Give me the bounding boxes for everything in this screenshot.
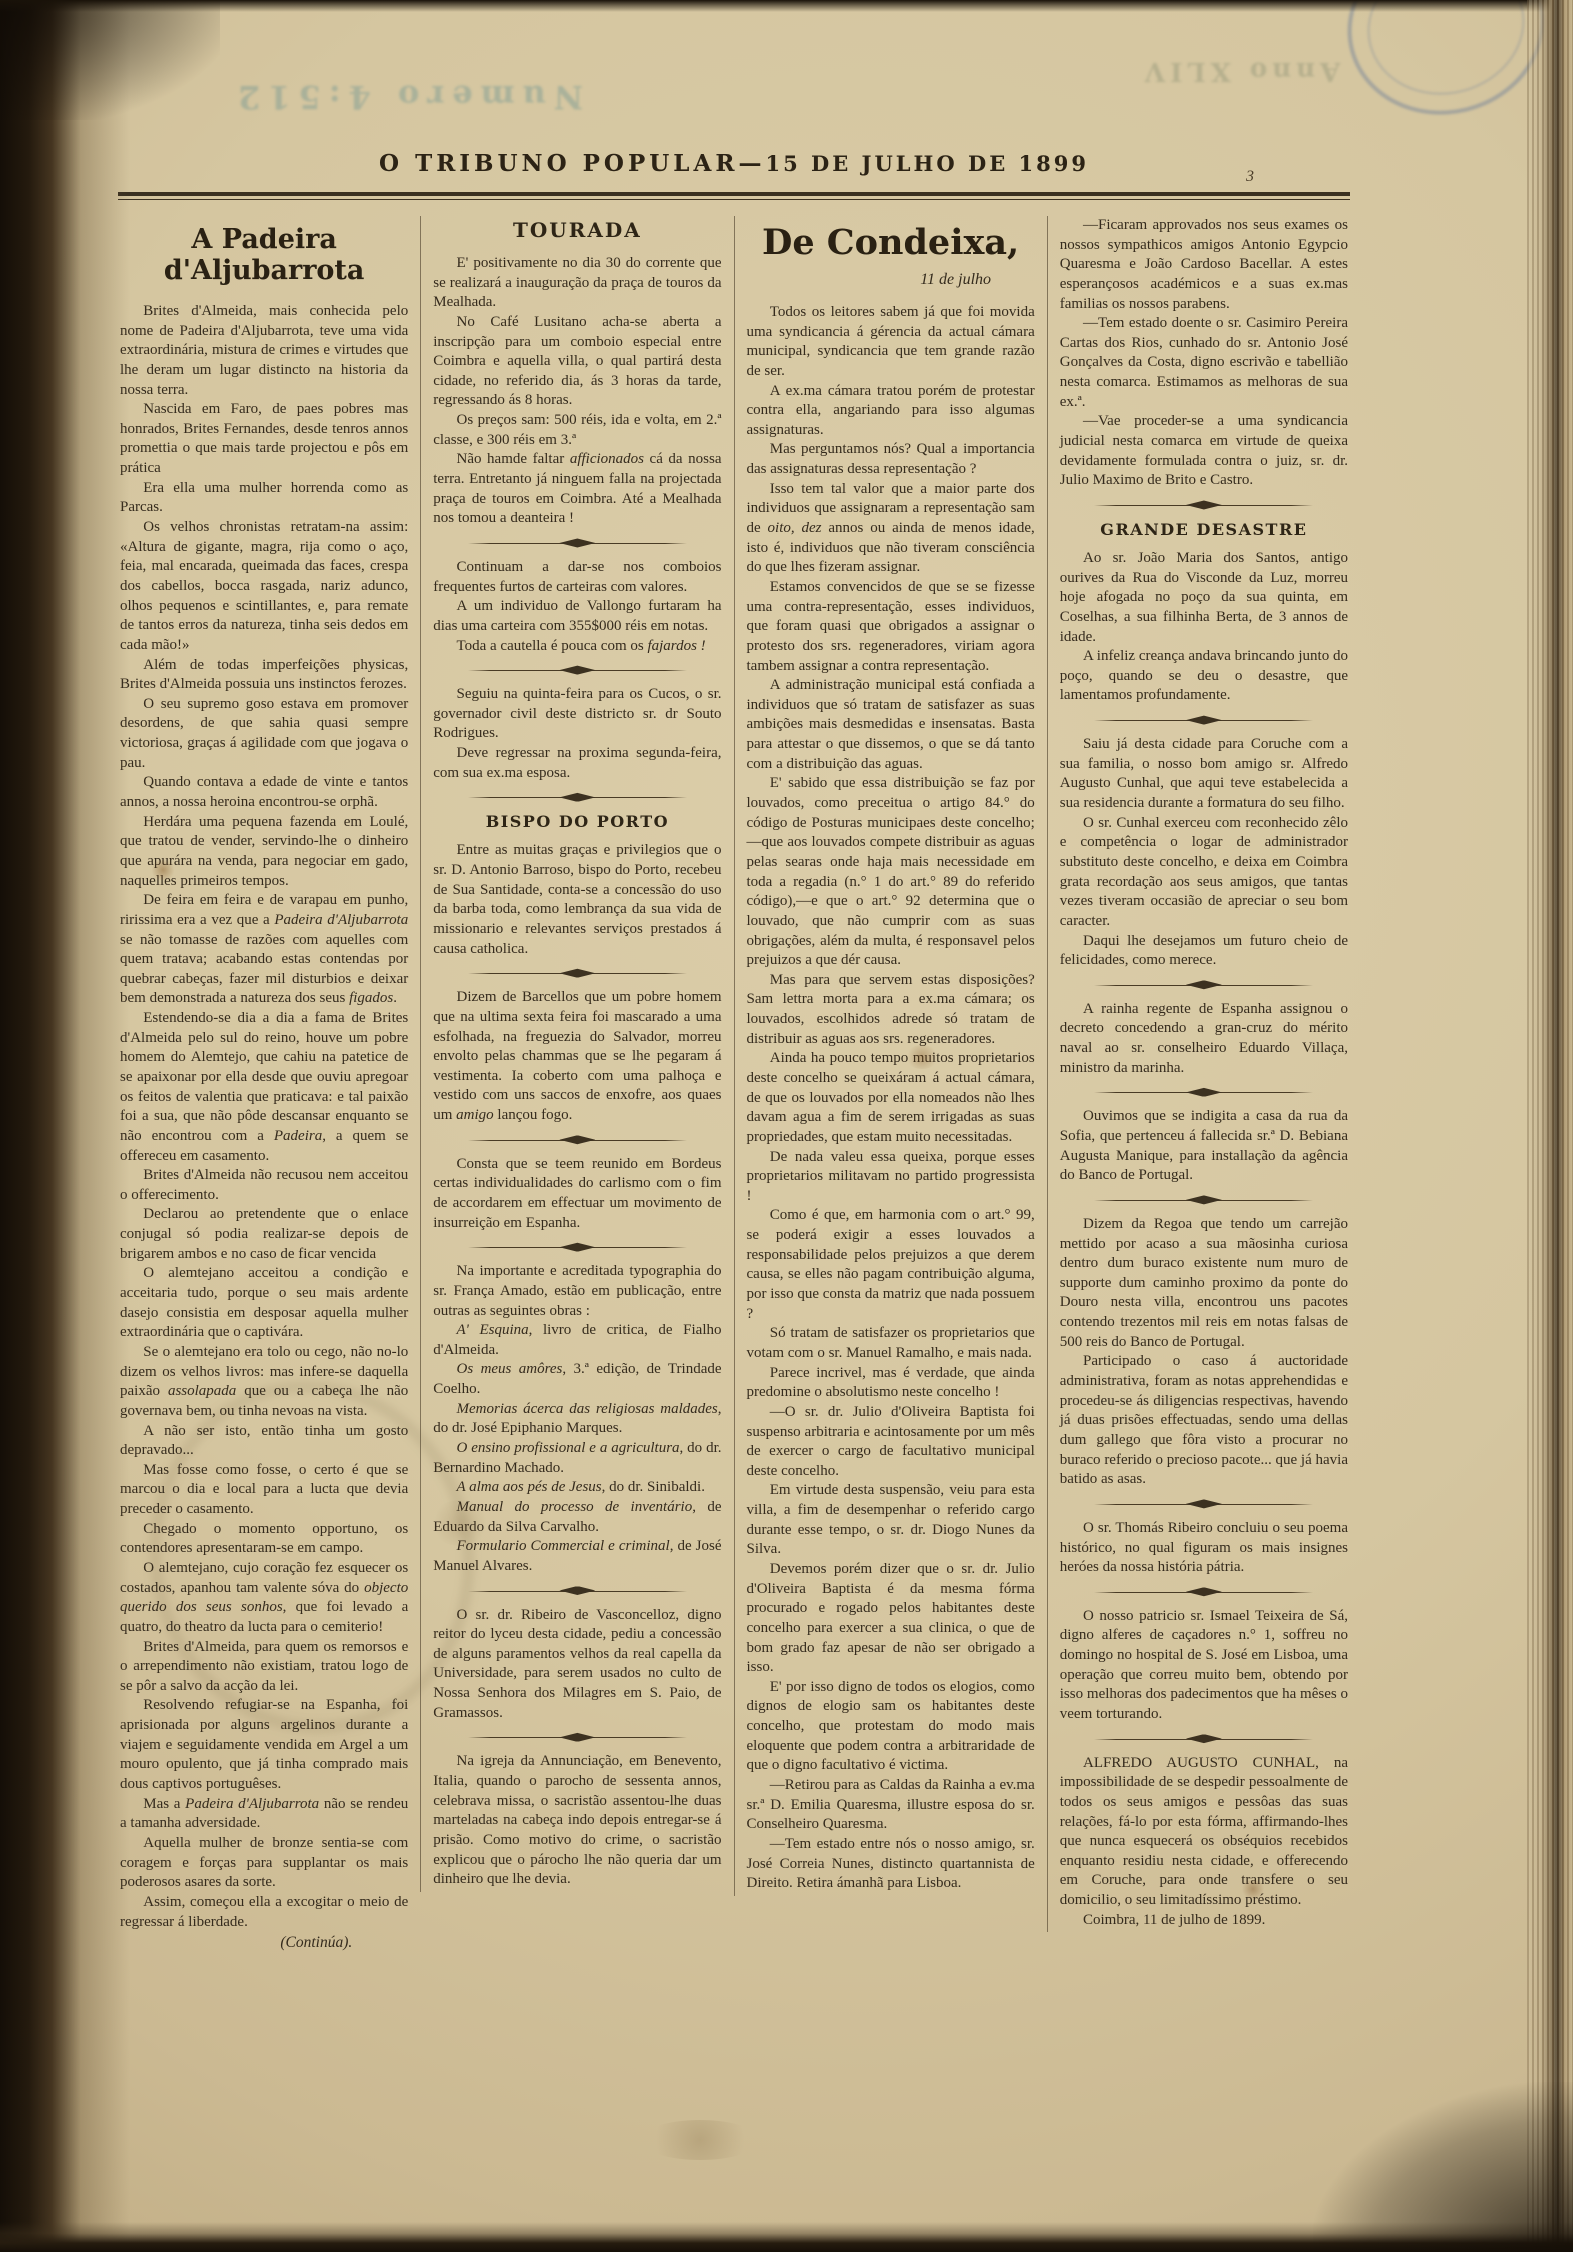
- column-4: —Ficaram approvados nos seus exames os n…: [1047, 216, 1350, 1932]
- paragraph: Estamos convencidos de que se se fizesse…: [747, 578, 1035, 676]
- paragraph: Parece incrivel, mas é verdade, que aind…: [747, 1364, 1035, 1403]
- paragraph: —Ficaram approvados nos seus exames os n…: [1060, 216, 1348, 314]
- column-2: TOURADAE' positivamente no dia 30 do cor…: [420, 216, 733, 1892]
- paragraph: A' Esquina, livro de critica, de Fialho …: [433, 1321, 721, 1360]
- article-title: De Condeixa,: [747, 222, 1035, 263]
- article: A Padeira d'AljubarrotaBrites d'Almeida,…: [120, 224, 408, 1952]
- article: Seguiu na quinta-feira para os Cucos, o …: [433, 685, 721, 783]
- paragraph: O ensino profissional e a agricultura, d…: [433, 1439, 721, 1478]
- article: Na igreja da Annunciação, em Benevento, …: [433, 1752, 721, 1889]
- bleedthrough-text-right: Anno XLIV: [1140, 56, 1340, 86]
- article: A rainha regente de Espanha assignou o d…: [1060, 1000, 1348, 1079]
- paragraph: Ainda ha pouco tempo muitos proprietario…: [747, 1049, 1035, 1147]
- paragraph: A um individuo de Vallongo furtaram ha d…: [433, 597, 721, 636]
- article: O sr. dr. Ribeiro de Vasconcelloz, digno…: [433, 1606, 721, 1724]
- paragraph: Os velhos chronistas retratam-na assim: …: [120, 518, 408, 655]
- article: ALFREDO AUGUSTO CUNHAL, na impossibilida…: [1060, 1754, 1348, 1931]
- paragraph: Toda a cautella é pouca com os fajardos …: [433, 637, 721, 657]
- paragraph: Coimbra, 11 de julho de 1899.: [1060, 1911, 1348, 1931]
- masthead-separator: —: [738, 150, 765, 177]
- separator-fleuron: [1094, 720, 1313, 721]
- paragraph: O sr. Thomás Ribeiro concluiu o seu poem…: [1060, 1519, 1348, 1578]
- paragraph: Os preços sam: 500 réis, ida e volta, em…: [433, 411, 721, 450]
- paragraph: De feira em feira e de varapau em punho,…: [120, 891, 408, 1009]
- separator-fleuron: [1094, 1739, 1313, 1740]
- paragraph: O seu supremo goso estava em promover de…: [120, 695, 408, 774]
- paragraph: Brites d'Almeida não recusou nem acceito…: [120, 1166, 408, 1205]
- paragraph: Em virtude desta suspensão, veiu para es…: [747, 1481, 1035, 1560]
- paragraph: Herdára uma pequena fazenda em Loulé, qu…: [120, 813, 408, 892]
- paragraph: Seguiu na quinta-feira para os Cucos, o …: [433, 685, 721, 744]
- paragraph: A infeliz creança andava brincando junto…: [1060, 647, 1348, 706]
- article: Dizem de Barcellos que um pobre homem qu…: [433, 988, 721, 1125]
- paragraph: E' positivamente no dia 30 do corrente q…: [433, 254, 721, 313]
- paragraph: —Tem estado entre nós o nosso amigo, sr.…: [747, 1835, 1035, 1894]
- columns-container: A Padeira d'AljubarrotaBrites d'Almeida,…: [118, 216, 1350, 1954]
- paragraph: Resolvendo refugiar-se na Espanha, foi a…: [120, 1696, 408, 1794]
- separator-fleuron: [468, 543, 687, 544]
- paragraph: No Café Lusitano acha-se aberta a inscri…: [433, 313, 721, 411]
- article: Continuam a dar-se nos comboios frequent…: [433, 558, 721, 656]
- article: O nosso patricio sr. Ismael Teixeira de …: [1060, 1607, 1348, 1725]
- paragraph: Declarou ao pretendente que o enlace con…: [120, 1205, 408, 1264]
- paragraph: Ao sr. João Maria dos Santos, antigo our…: [1060, 549, 1348, 647]
- article-title: GRANDE DESASTRE: [1060, 520, 1348, 539]
- paragraph: Participado o caso á auctoridade adminis…: [1060, 1352, 1348, 1489]
- separator-fleuron: [1094, 985, 1313, 986]
- paragraph: O alemtejano acceitou a condição e accei…: [120, 1264, 408, 1343]
- page-edge-top: [0, 0, 1573, 12]
- paragraph: —Retirou para as Caldas da Rainha a ev.m…: [747, 1776, 1035, 1835]
- article: De Condeixa,11 de julhoTodos os leitores…: [747, 222, 1035, 1894]
- newspaper-page: Numero 4:512 Anno XLIV O TRIBUNO POPULAR…: [0, 0, 1573, 2252]
- column-3: De Condeixa,11 de julhoTodos os leitores…: [734, 216, 1047, 1896]
- paragraph: —Vae proceder-se a uma syndicancia judic…: [1060, 412, 1348, 491]
- paragraph: Nascida em Faro, de paes pobres mas honr…: [120, 400, 408, 479]
- separator-fleuron: [1094, 1592, 1313, 1593]
- paragraph: Mas a Padeira d'Aljubarrota não se rende…: [120, 1795, 408, 1834]
- article: Ouvimos que se indigita a casa da rua da…: [1060, 1107, 1348, 1186]
- paragraph: Estendendo-se dia a dia a fama de Brites…: [120, 1009, 408, 1166]
- paragraph: Mas para que servem estas disposições? S…: [747, 971, 1035, 1050]
- separator-fleuron: [468, 1591, 687, 1592]
- article: Consta que se teem reunido em Bordeus ce…: [433, 1155, 721, 1234]
- separator-fleuron: [468, 797, 687, 798]
- masthead: O TRIBUNO POPULAR—15 DE JULHO DE 1899: [118, 150, 1350, 177]
- article-title: A Padeira d'Aljubarrota: [120, 224, 408, 286]
- masthead-date: 15 DE JULHO DE 1899: [765, 151, 1089, 176]
- paragraph: Na importante e acreditada typographia d…: [433, 1262, 721, 1321]
- paragraph: E' por isso digno de todos os elogios, c…: [747, 1678, 1035, 1776]
- bleedthrough-text-left: Numero 4:512: [230, 78, 583, 116]
- column-1: A Padeira d'AljubarrotaBrites d'Almeida,…: [118, 216, 420, 1954]
- paragraph: Ouvimos que se indigita a casa da rua da…: [1060, 1107, 1348, 1186]
- paragraph: Dizem da Regoa que tendo um carrejão met…: [1060, 1215, 1348, 1352]
- paragraph: Deve regressar na proxima segunda-feira,…: [433, 744, 721, 783]
- paragraph: Aquella mulher de bronze sentia-se com c…: [120, 1834, 408, 1893]
- article-title: TOURADA: [433, 218, 721, 242]
- paragraph: Brites d'Almeida, mais conhecida pelo no…: [120, 302, 408, 400]
- paragraph: Assim, começou ella a excogitar o meio d…: [120, 1893, 408, 1932]
- article-title: BISPO DO PORTO: [433, 812, 721, 831]
- article: Na importante e acreditada typographia d…: [433, 1262, 721, 1576]
- corner-shadow-top-left: [0, 0, 220, 120]
- paragraph: A ex.ma cámara tratou porém de protestar…: [747, 382, 1035, 441]
- article: —Ficaram approvados nos seus exames os n…: [1060, 216, 1348, 491]
- paragraph: —Tem estado doente o sr. Casimiro Pereir…: [1060, 314, 1348, 412]
- page-number: 3: [1246, 168, 1254, 186]
- separator-fleuron: [468, 1140, 687, 1141]
- paragraph: Só tratam de satisfazer os proprietarios…: [747, 1324, 1035, 1363]
- paragraph: Mas perguntamos nós? Qual a importancia …: [747, 440, 1035, 479]
- paper-stain: [640, 2120, 760, 2160]
- article: GRANDE DESASTREAo sr. João Maria dos San…: [1060, 520, 1348, 706]
- paragraph: A alma aos pés de Jesus, do dr. Sinibald…: [433, 1478, 721, 1498]
- separator-fleuron: [468, 1737, 687, 1738]
- paragraph: Todos os leitores sabem já que foi movid…: [747, 303, 1035, 382]
- separator-fleuron: [1094, 1092, 1313, 1093]
- paragraph: O nosso patricio sr. Ismael Teixeira de …: [1060, 1607, 1348, 1725]
- header-rule: [118, 192, 1350, 200]
- paragraph: Os meus amôres, 3.ª edição, de Trindade …: [433, 1360, 721, 1399]
- paragraph: Devemos porém dizer que o sr. dr. Julio …: [747, 1560, 1035, 1678]
- corner-shadow-bottom-right: [1313, 2082, 1573, 2252]
- page-content: O TRIBUNO POPULAR—15 DE JULHO DE 1899 3 …: [118, 150, 1350, 1954]
- paragraph: Quando contava a edade de vinte e tantos…: [120, 773, 408, 812]
- paragraph: E' sabido que essa distribuição se faz p…: [747, 774, 1035, 970]
- page-edge-right: [1527, 0, 1573, 2252]
- paragraph: Isso tem tal valor que a maior parte dos…: [747, 480, 1035, 578]
- separator-fleuron: [468, 1247, 687, 1248]
- masthead-title: O TRIBUNO POPULAR: [379, 150, 738, 177]
- paragraph: Continuam a dar-se nos comboios frequent…: [433, 558, 721, 597]
- paragraph: Se o alemtejano era tolo ou cego, não no…: [120, 1343, 408, 1422]
- paragraph: —O sr. dr. Julio d'Oliveira Baptista foi…: [747, 1403, 1035, 1482]
- paragraph: A rainha regente de Espanha assignou o d…: [1060, 1000, 1348, 1079]
- paragraph: Não hamde faltar afficionados cá da noss…: [433, 450, 721, 529]
- article: TOURADAE' positivamente no dia 30 do cor…: [433, 218, 721, 529]
- paragraph: De nada valeu essa queixa, porque esses …: [747, 1148, 1035, 1207]
- paragraph: Era ella uma mulher horrenda como as Par…: [120, 479, 408, 518]
- article: BISPO DO PORTOEntre as muitas graças e p…: [433, 812, 721, 959]
- paragraph: Daqui lhe desejamos um futuro cheio de f…: [1060, 932, 1348, 971]
- paragraph: ALFREDO AUGUSTO CUNHAL, na impossibilida…: [1060, 1754, 1348, 1911]
- paragraph: O sr. Cunhal exerceu com reconhecido zêl…: [1060, 814, 1348, 932]
- paragraph: A administração municipal está confiada …: [747, 676, 1035, 774]
- paragraph: Mas fosse como fosse, o certo é que se m…: [120, 1461, 408, 1520]
- paragraph: Manual do processo de inventário, de Edu…: [433, 1498, 721, 1537]
- separator-fleuron: [1094, 1504, 1313, 1505]
- paragraph: O alemtejano, cujo coração fez esquecer …: [120, 1559, 408, 1638]
- paragraph: Chegado o momento opportuno, os contendo…: [120, 1520, 408, 1559]
- article: O sr. Thomás Ribeiro concluiu o seu poem…: [1060, 1519, 1348, 1578]
- paragraph: A não ser isto, então tinha um gosto dep…: [120, 1422, 408, 1461]
- paragraph: O sr. dr. Ribeiro de Vasconcelloz, digno…: [433, 1606, 721, 1724]
- paragraph: Saiu já desta cidade para Coruche com a …: [1060, 735, 1348, 814]
- paragraph: Dizem de Barcellos que um pobre homem qu…: [433, 988, 721, 1125]
- paragraph: Além de todas imperfeições physicas, Bri…: [120, 656, 408, 695]
- article-subtitle: 11 de julho: [747, 271, 1035, 289]
- separator-fleuron: [1094, 1200, 1313, 1201]
- separator-fleuron: [1094, 505, 1313, 506]
- article: Saiu já desta cidade para Coruche com a …: [1060, 735, 1348, 971]
- paragraph: Brites d'Almeida, para quem os remorsos …: [120, 1638, 408, 1697]
- article-signature: (Continúa).: [120, 1934, 408, 1952]
- article: Dizem da Regoa que tendo um carrejão met…: [1060, 1215, 1348, 1490]
- paragraph: Consta que se teem reunido em Bordeus ce…: [433, 1155, 721, 1234]
- paragraph: Na igreja da Annunciação, em Benevento, …: [433, 1752, 721, 1889]
- paragraph: Como é que, em harmonia com o art.° 99, …: [747, 1206, 1035, 1324]
- book-gutter-shadow: [0, 0, 130, 2252]
- paragraph: Entre as muitas graças e privilegios que…: [433, 841, 721, 959]
- paragraph: Memorias ácerca das religiosas maldades,…: [433, 1400, 721, 1439]
- paragraph: Formulario Commercial e criminal, de Jos…: [433, 1537, 721, 1576]
- separator-fleuron: [468, 670, 687, 671]
- separator-fleuron: [468, 973, 687, 974]
